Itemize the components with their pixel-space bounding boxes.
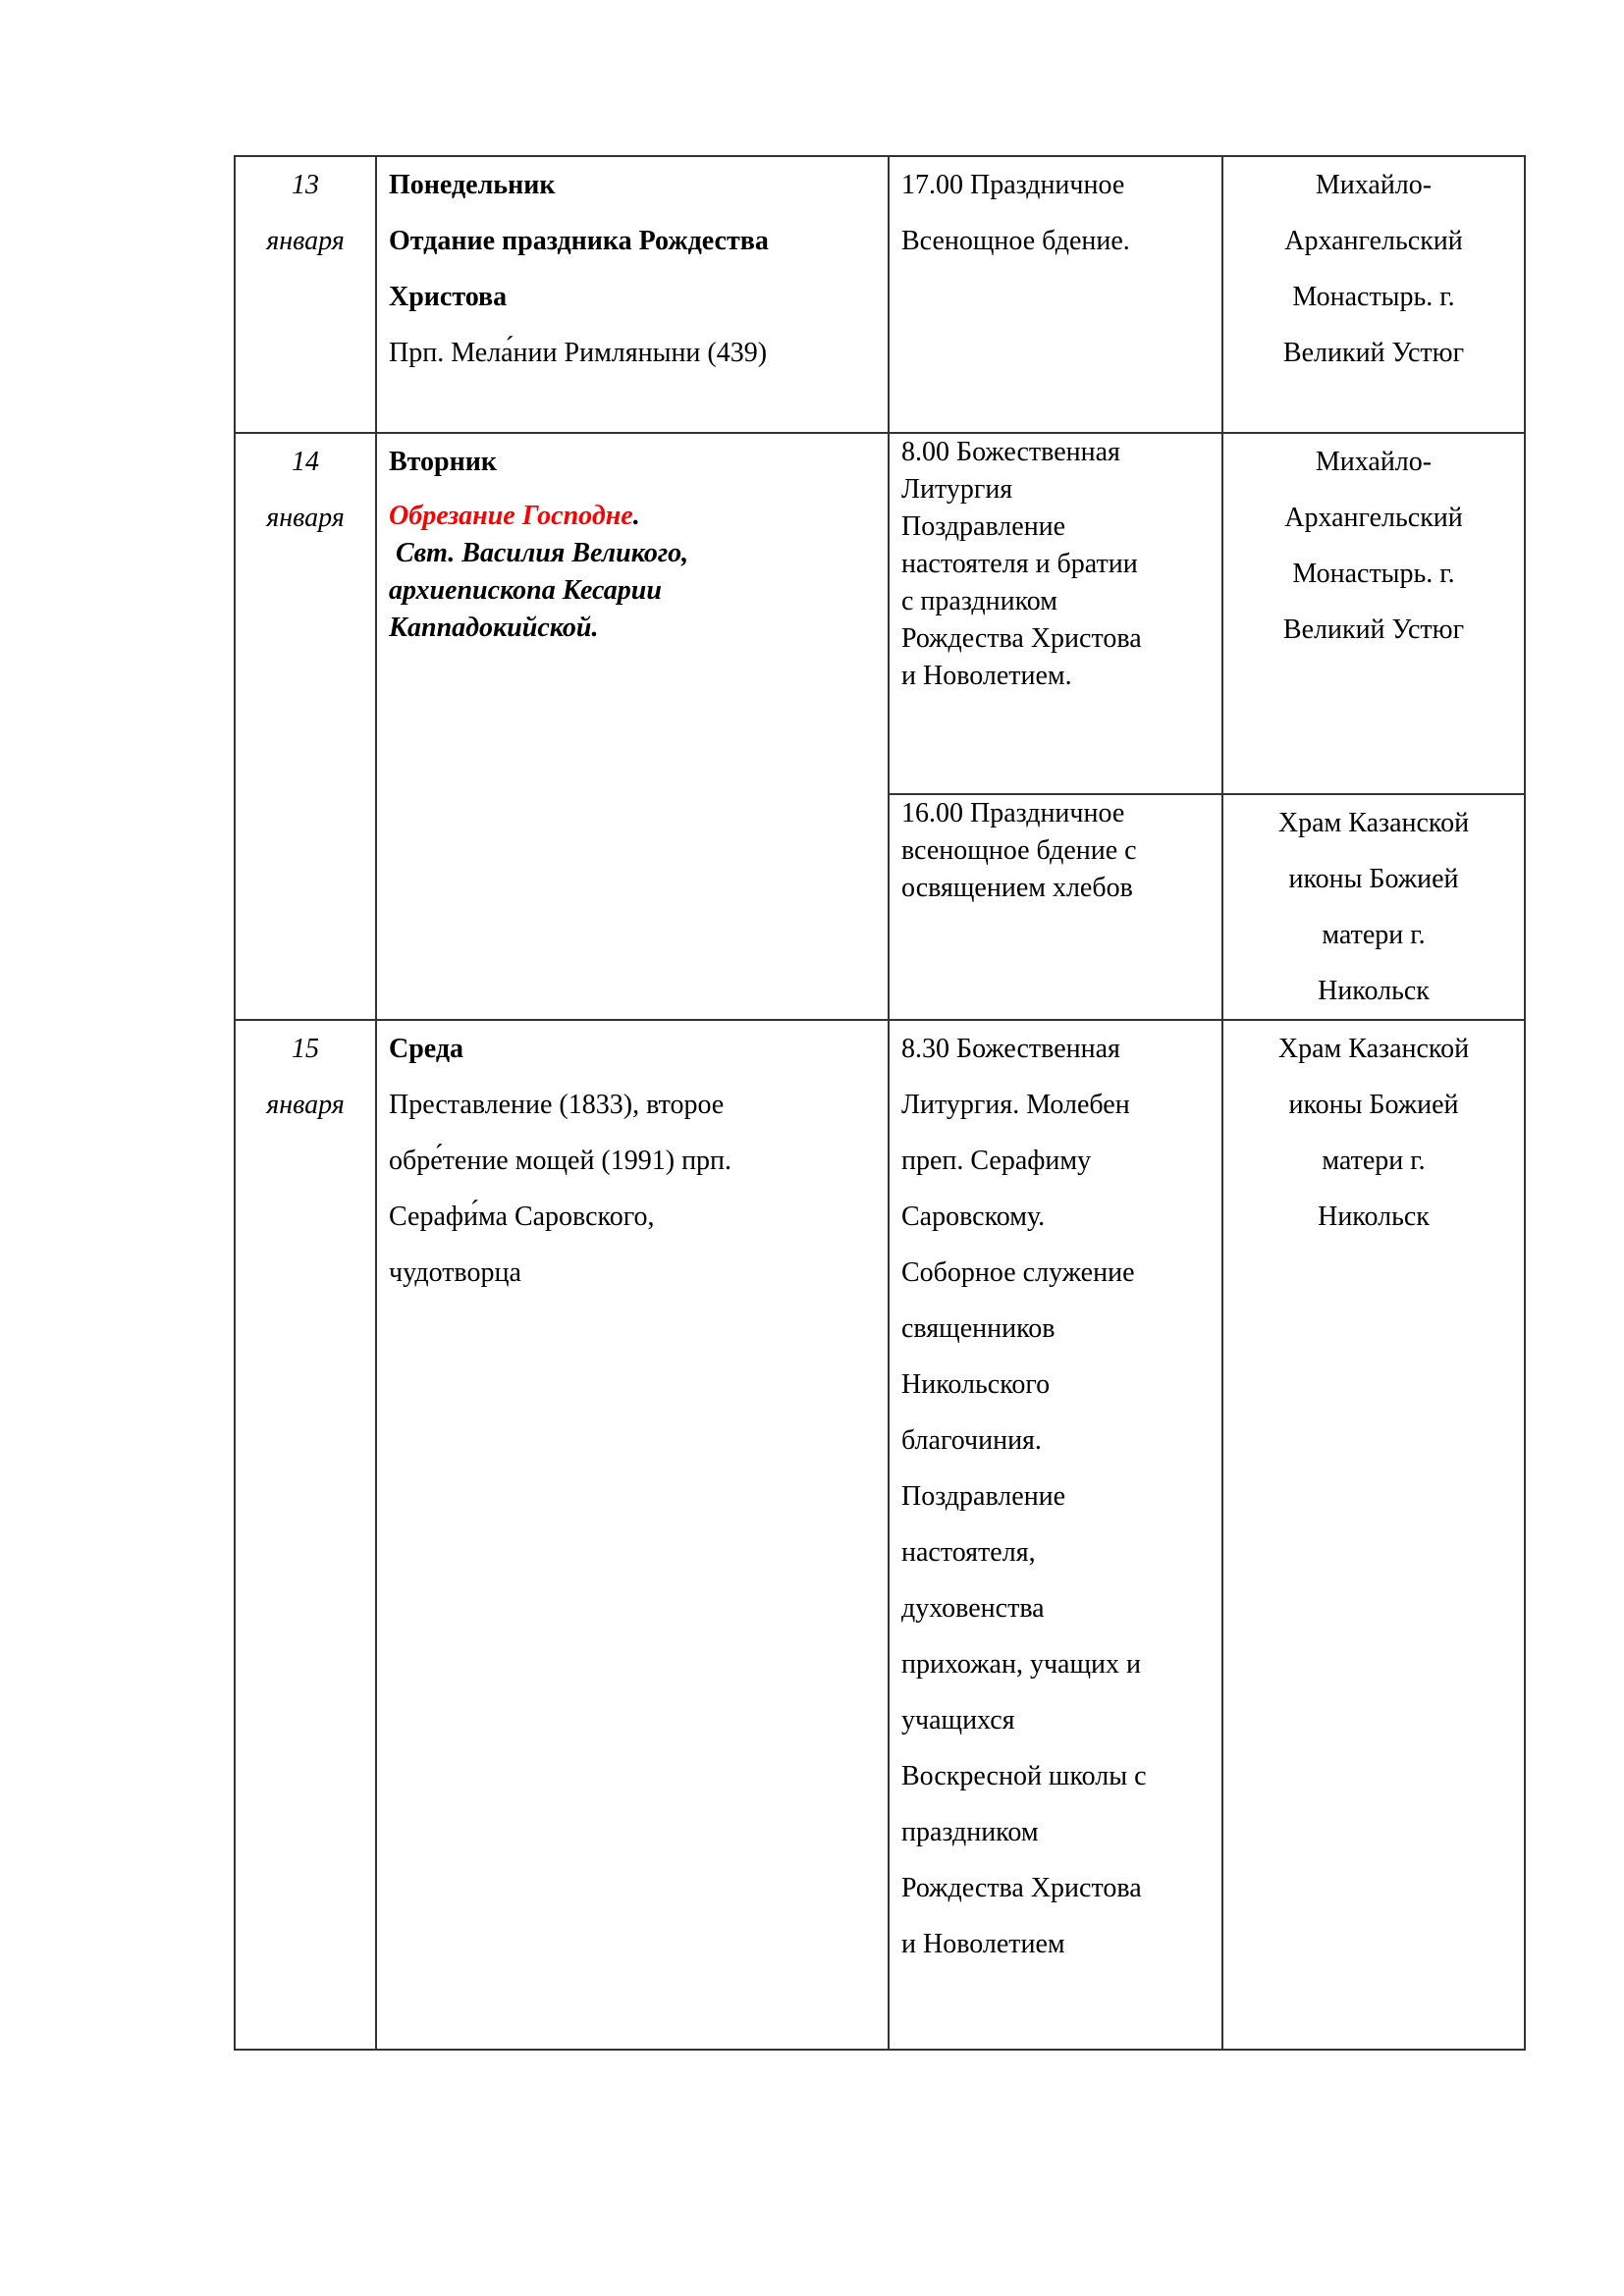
place-line: Никольск bbox=[1235, 963, 1512, 1019]
date-day: 15 bbox=[247, 1021, 363, 1077]
place-line: матери г. bbox=[1235, 907, 1512, 963]
service-line: Рождества Христова bbox=[901, 620, 1210, 658]
service-line: настоятеля и братии bbox=[901, 546, 1210, 583]
weekday: Вторник bbox=[389, 434, 876, 490]
date-day: 14 bbox=[247, 434, 363, 490]
service-line: Воскресной школы с bbox=[901, 1748, 1210, 1804]
service-line: 8.00 Божественная bbox=[901, 434, 1210, 471]
service-line: Поздравление bbox=[901, 1468, 1210, 1524]
service-line: преп. Серафиму bbox=[901, 1133, 1210, 1189]
feast-title-line: Отдание праздника Рождества bbox=[389, 213, 876, 269]
service-line: Литургия. Молебен bbox=[901, 1077, 1210, 1133]
service-cell: 17.00 Праздничное Всенощное бдение. bbox=[889, 156, 1222, 433]
service-line: Рождества Христова bbox=[901, 1860, 1210, 1916]
service-line: настоятеля, bbox=[901, 1524, 1210, 1580]
place-line: Михайло- bbox=[1235, 157, 1512, 213]
service-line: Саровскому. bbox=[901, 1189, 1210, 1245]
place-line: Монастырь. г. bbox=[1235, 546, 1512, 602]
service-line: всенощное бдение с bbox=[901, 832, 1210, 870]
service-cell: 8.30 Божественная Литургия. Молебен преп… bbox=[889, 1020, 1222, 2050]
schedule-table: 13 января Понедельник Отдание праздника … bbox=[234, 155, 1526, 2051]
table-row: 13 января Понедельник Отдание праздника … bbox=[235, 156, 1525, 433]
service-line: священников bbox=[901, 1301, 1210, 1357]
service-line: учащихся bbox=[901, 1692, 1210, 1748]
place-line: Великий Устюг bbox=[1235, 325, 1512, 381]
service-line: и Новолетием bbox=[901, 1916, 1210, 1972]
date-cell: 15 января bbox=[235, 1020, 376, 2050]
service-line: освящением хлебов bbox=[901, 870, 1210, 907]
table-row: 14 января Вторник Обрезание Господне. Св… bbox=[235, 433, 1525, 794]
date-cell: 13 января bbox=[235, 156, 376, 433]
service-line: духовенства bbox=[901, 1580, 1210, 1636]
saint-line: чудотворца bbox=[389, 1245, 876, 1301]
service-line: Поздравление bbox=[901, 508, 1210, 546]
place-line: Архангельский bbox=[1235, 490, 1512, 546]
service-line: Соборное служение bbox=[901, 1245, 1210, 1301]
saint-line: Серафи́ма Саровского, bbox=[389, 1189, 876, 1245]
service-line: 16.00 Праздничное bbox=[901, 795, 1210, 832]
service-line: Литургия bbox=[901, 471, 1210, 508]
place-line: Михайло- bbox=[1235, 434, 1512, 490]
place-line: иконы Божией bbox=[1235, 851, 1512, 907]
place-line: иконы Божией bbox=[1235, 1077, 1512, 1133]
service-cell: 16.00 Праздничное всенощное бдение с осв… bbox=[889, 794, 1222, 1020]
service-line: Всенощное бдение. bbox=[901, 213, 1210, 269]
service-line: 17.00 Праздничное bbox=[901, 157, 1210, 213]
place-cell: Михайло- Архангельский Монастырь. г. Вел… bbox=[1222, 433, 1525, 794]
service-line: Никольского bbox=[901, 1357, 1210, 1413]
place-cell: Храм Казанской иконы Божией матери г. Ни… bbox=[1222, 794, 1525, 1020]
weekday: Понедельник bbox=[389, 157, 876, 213]
feast-cell: Вторник Обрезание Господне. Свт. Василия… bbox=[376, 433, 889, 1020]
place-cell: Храм Казанской иконы Божией матери г. Ни… bbox=[1222, 1020, 1525, 2050]
service-line: с праздником bbox=[901, 583, 1210, 620]
weekday: Среда bbox=[389, 1021, 876, 1077]
feast-title: Обрезание Господне. bbox=[389, 490, 876, 535]
saint-line: Преставление (1833), второе bbox=[389, 1077, 876, 1133]
feast-title-line: Христова bbox=[389, 269, 876, 325]
saint-commemoration: Прп. Мела́нии Римляныни (439) bbox=[389, 325, 876, 381]
feast-cell: Среда Преставление (1833), второе обре́т… bbox=[376, 1020, 889, 2050]
place-line: Великий Устюг bbox=[1235, 602, 1512, 658]
date-month: января bbox=[247, 213, 363, 269]
service-cell: 8.00 Божественная Литургия Поздравление … bbox=[889, 433, 1222, 794]
service-line: 8.30 Божественная bbox=[901, 1021, 1210, 1077]
service-line: и Новолетием. bbox=[901, 658, 1210, 695]
date-month: января bbox=[247, 1077, 363, 1133]
place-line: Архангельский bbox=[1235, 213, 1512, 269]
saint-line: Каппадокийской. bbox=[389, 610, 876, 647]
place-line: Никольск bbox=[1235, 1189, 1512, 1245]
date-cell: 14 января bbox=[235, 433, 376, 1020]
service-line: прихожан, учащих и bbox=[901, 1636, 1210, 1692]
saint-line: Свт. Василия Великого, bbox=[389, 535, 876, 572]
service-line: благочиния. bbox=[901, 1413, 1210, 1468]
saint-line: архиепископа Кесарии bbox=[389, 572, 876, 610]
date-month: января bbox=[247, 490, 363, 546]
service-line: праздником bbox=[901, 1804, 1210, 1860]
feast-red-suffix: . bbox=[633, 501, 640, 531]
place-cell: Михайло- Архангельский Монастырь. г. Вел… bbox=[1222, 156, 1525, 433]
place-line: Монастырь. г. bbox=[1235, 269, 1512, 325]
place-line: Храм Казанской bbox=[1235, 795, 1512, 851]
feast-cell: Понедельник Отдание праздника Рождества … bbox=[376, 156, 889, 433]
place-line: матери г. bbox=[1235, 1133, 1512, 1189]
saint-line: обре́тение мощей (1991) прп. bbox=[389, 1133, 876, 1189]
date-day: 13 bbox=[247, 157, 363, 213]
place-line: Храм Казанской bbox=[1235, 1021, 1512, 1077]
feast-red-title: Обрезание Господне bbox=[389, 501, 633, 531]
table-row: 15 января Среда Преставление (1833), вто… bbox=[235, 1020, 1525, 2050]
